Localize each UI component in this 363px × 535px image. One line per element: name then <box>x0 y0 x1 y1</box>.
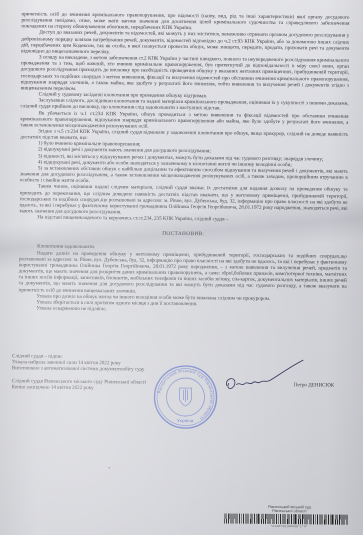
court-seal-icon: Рівненський міський суд Рівненської обла… <box>152 364 219 431</box>
paper-speck <box>109 467 110 468</box>
document-body: причетність осіб до вчинення кримінально… <box>18 11 349 315</box>
barcode-number: *2140736100068*1*4* <box>258 525 320 529</box>
document-page: причетність осіб до вчинення кримінально… <box>0 0 363 535</box>
ruling-heading: ПОСТАНОВИВ: <box>19 230 347 240</box>
paragraph: З огляду на викладене, з метою забезпече… <box>21 54 349 94</box>
stamp-country-label: Україна <box>177 418 194 423</box>
paragraph: Таким чином, оцінивши надані слідчим мат… <box>19 184 347 218</box>
barcode-icon <box>224 513 348 524</box>
ruling-paragraph: Надати дозвіл на проведення обшуку у жит… <box>19 250 347 297</box>
handwritten-signature-icon <box>223 357 308 398</box>
barcode-court-label: Рівненський міський суд Рівненської обла… <box>258 505 320 514</box>
paragraph: Доступ до вказаних речей, документів та … <box>21 30 349 58</box>
